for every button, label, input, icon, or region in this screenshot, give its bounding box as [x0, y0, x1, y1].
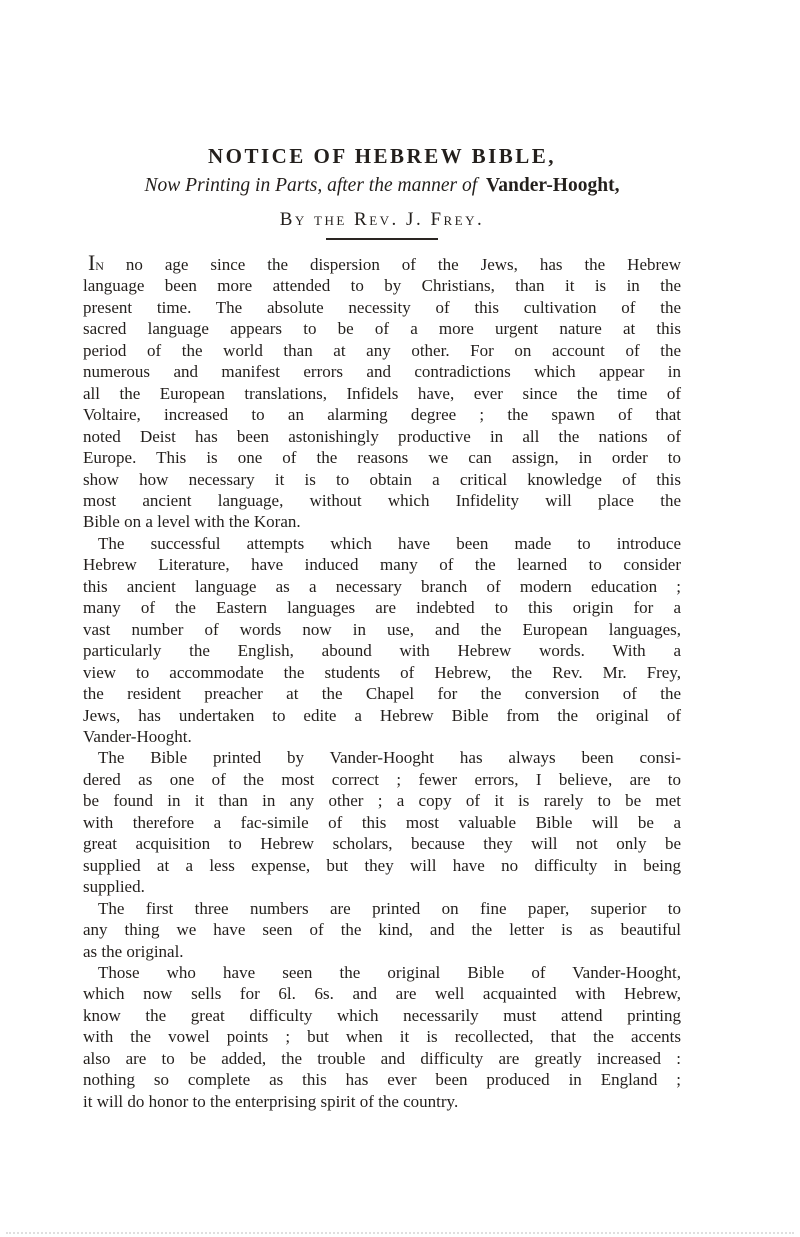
- text-line: know the great difficulty which necessar…: [83, 1005, 681, 1026]
- text-line: Those who have seen the original Bible o…: [83, 962, 681, 983]
- text-line: Bible on a level with the Koran.: [83, 511, 681, 532]
- text-line: In no age since the dispersion of the Je…: [83, 253, 681, 275]
- subtitle-italic-text: Now Printing in Parts, after the manner …: [145, 175, 478, 196]
- text-line: Europe. This is one of the reasons we ca…: [83, 447, 681, 468]
- text-line: view to accommodate the students of Hebr…: [83, 662, 681, 683]
- text-line: sacred language appears to be of a more …: [83, 318, 681, 339]
- text-line: numerous and manifest errors and contrad…: [83, 361, 681, 382]
- text-line: Jews, has undertaken to edite a Hebrew B…: [83, 705, 681, 726]
- body-text: In no age since the dispersion of the Je…: [83, 253, 681, 1112]
- scanned-book-page: NOTICE OF HEBREW BIBLE, Now Printing in …: [0, 0, 800, 1237]
- text-line: supplied at a less expense, but they wil…: [83, 855, 681, 876]
- text-line: this ancient language as a necessary bra…: [83, 576, 681, 597]
- text-line: which now sells for 6l. 6s. and are well…: [83, 983, 681, 1004]
- paragraph: The first three numbers are printed on f…: [83, 898, 681, 962]
- text-line: Voltaire, increased to an alarming degre…: [83, 404, 681, 425]
- lead-small-caps: n: [95, 255, 104, 274]
- text-line: the resident preacher at the Chapel for …: [83, 683, 681, 704]
- text-line: vast number of words now in use, and the…: [83, 619, 681, 640]
- text-line: Hebrew Literature, have induced many of …: [83, 554, 681, 575]
- text-line: The Bible printed by Vander-Hooght has a…: [83, 747, 681, 768]
- paragraph: Those who have seen the original Bible o…: [83, 962, 681, 1112]
- subtitle: Now Printing in Parts, after the manner …: [83, 175, 681, 197]
- text-line: any thing we have seen of the kind, and …: [83, 919, 681, 940]
- text-line: also are to be added, the trouble and di…: [83, 1048, 681, 1069]
- text-line: most ancient language, without which Inf…: [83, 490, 681, 511]
- text-line: noted Deist has been astonishingly produ…: [83, 426, 681, 447]
- paragraph: In no age since the dispersion of the Je…: [83, 253, 681, 533]
- text-line: show how necessary it is to obtain a cri…: [83, 469, 681, 490]
- paragraph: The Bible printed by Vander-Hooght has a…: [83, 747, 681, 897]
- text-line: with the vowel points ; but when it is r…: [83, 1026, 681, 1047]
- text-block: NOTICE OF HEBREW BIBLE, Now Printing in …: [83, 0, 681, 1237]
- text-line: great acquisition to Hebrew scholars, be…: [83, 833, 681, 854]
- text-line: supplied.: [83, 876, 681, 897]
- text-line: dered as one of the most correct ; fewer…: [83, 769, 681, 790]
- text-line: it will do honor to the enterprising spi…: [83, 1091, 681, 1112]
- scan-artifact: [6, 1232, 794, 1234]
- byline: By the Rev. J. Frey.: [83, 209, 681, 231]
- text-line: be found in it than in any other ; a cop…: [83, 790, 681, 811]
- text-line: period of the world than at any other. F…: [83, 340, 681, 361]
- text-line: many of the Eastern languages are indebt…: [83, 597, 681, 618]
- text-line: present time. The absolute necessity of …: [83, 297, 681, 318]
- title-divider-rule: [326, 238, 438, 240]
- text-line: particularly the English, abound with He…: [83, 640, 681, 661]
- text-line: Vander-Hooght.: [83, 726, 681, 747]
- text-line: nothing so complete as this has ever bee…: [83, 1069, 681, 1090]
- text-line: The successful attempts which have been …: [83, 533, 681, 554]
- text-line: The first three numbers are printed on f…: [83, 898, 681, 919]
- subtitle-roman-text: Vander-Hooght,: [486, 175, 619, 196]
- text-line: as the original.: [83, 941, 681, 962]
- page-title: NOTICE OF HEBREW BIBLE,: [83, 144, 681, 169]
- text-line: all the European translations, Infidels …: [83, 383, 681, 404]
- paragraph: The successful attempts which have been …: [83, 533, 681, 748]
- text-line: with therefore a fac-simile of this most…: [83, 812, 681, 833]
- text-line: language been more attended to by Christ…: [83, 275, 681, 296]
